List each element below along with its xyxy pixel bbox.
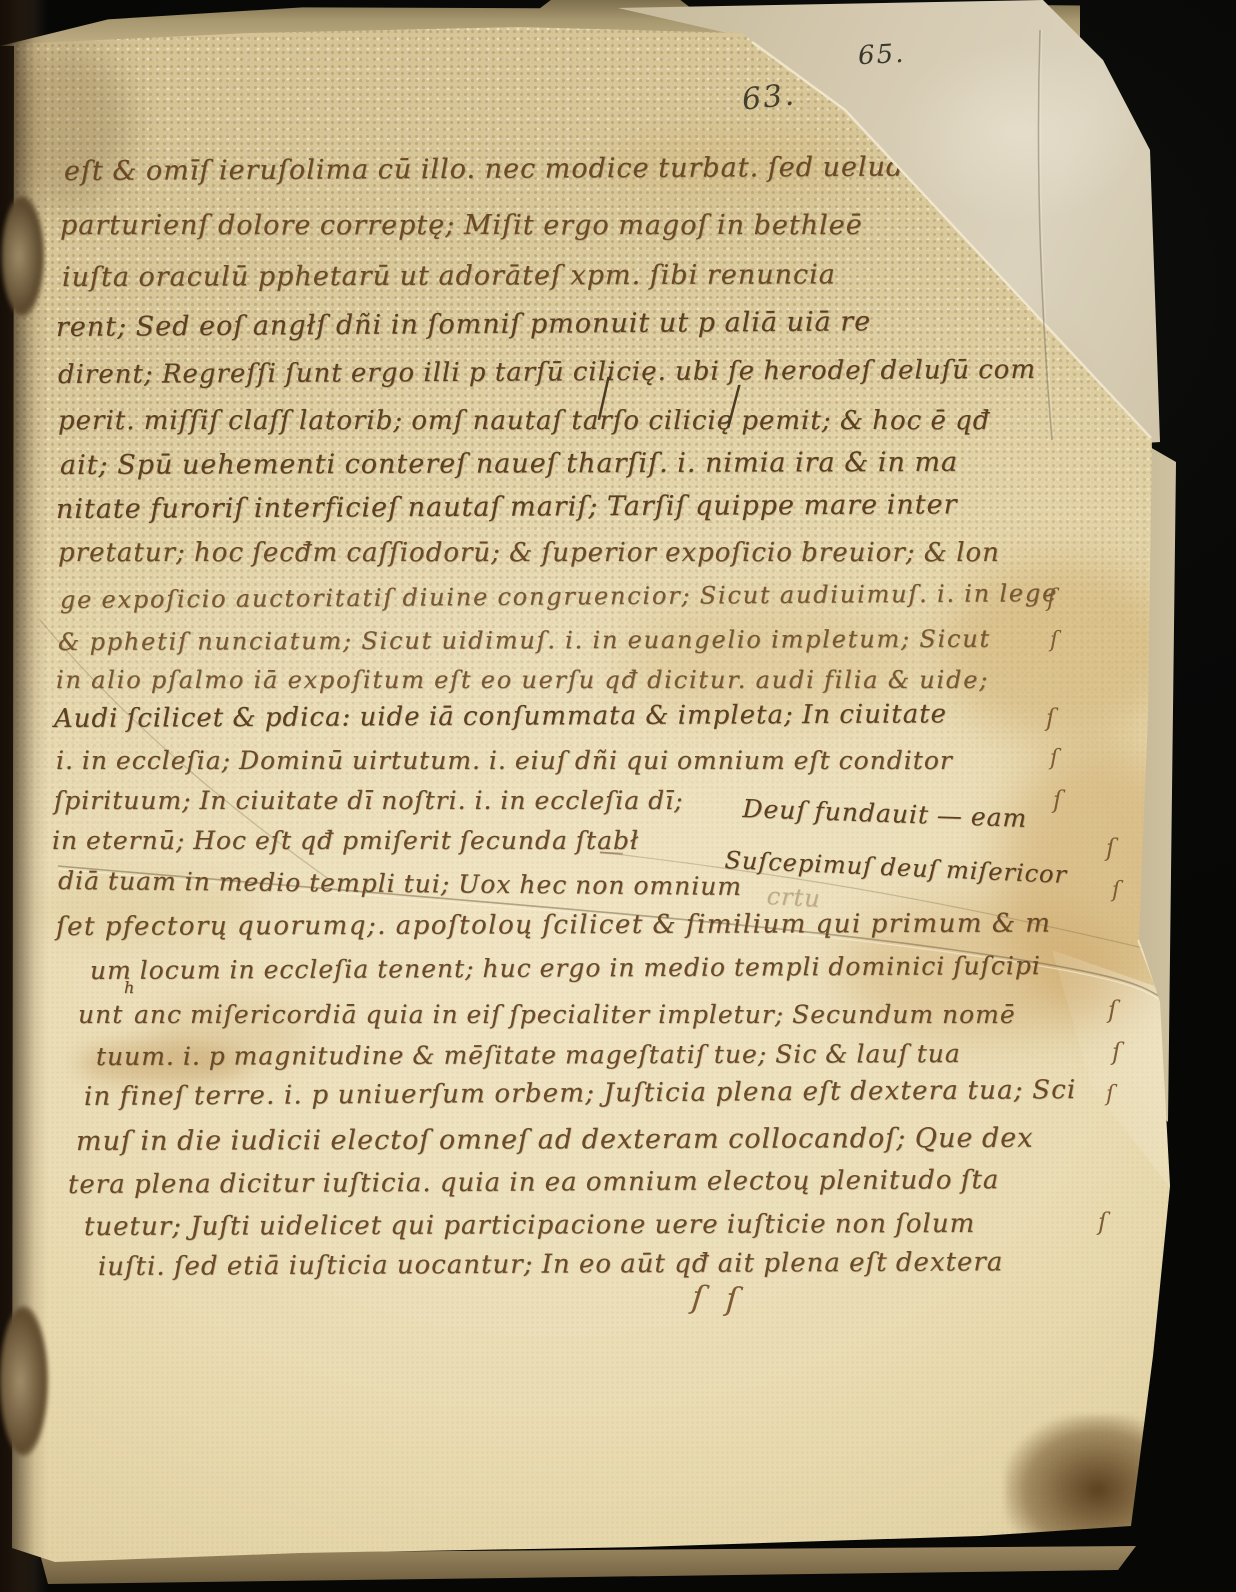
line-filler-mark: ſ: [1112, 878, 1120, 903]
insertion-mark: /: [726, 376, 742, 437]
manuscript-scan: eſt & omīſ ieruſolima cū illo. nec modic…: [0, 0, 1236, 1592]
flourish-mark: ſ: [725, 1280, 739, 1319]
line-filler-mark: ſ: [1112, 1038, 1121, 1066]
folio-number-patch: 65.: [857, 39, 906, 71]
line-filler-mark: ſ: [1050, 628, 1058, 653]
line-filler-mark: ſ: [1050, 746, 1058, 771]
flourish-mark: ſ: [690, 1277, 706, 1316]
sewing-support-bump: [2, 196, 44, 316]
line-filler-mark: ſ: [1108, 996, 1117, 1024]
line-filler-mark: ſ: [1046, 704, 1055, 732]
line-filler-mark: ſ: [1053, 786, 1062, 814]
line-filler-mark: ſ: [1047, 584, 1056, 612]
line-filler-mark: ſ: [1106, 834, 1115, 862]
folio-number-main: 63.: [740, 77, 797, 117]
sewing-support-bump: [0, 1306, 48, 1456]
insertion-mark: /: [595, 368, 613, 429]
line-filler-mark: ſ: [1106, 1082, 1114, 1107]
line-filler-mark: ſ: [1098, 1208, 1107, 1236]
